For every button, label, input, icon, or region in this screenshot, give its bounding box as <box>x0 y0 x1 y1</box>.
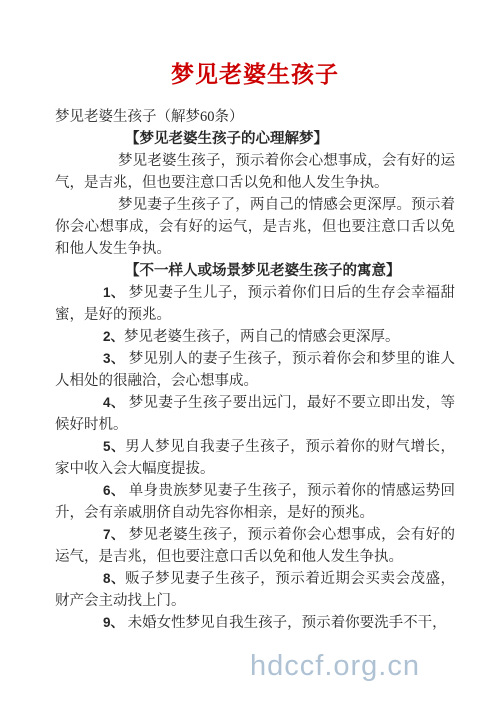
document-title: 梦见老婆生孩子 <box>55 60 455 90</box>
list-item-number: 8、 <box>103 571 125 586</box>
list-item-text: 梦见老婆生孩子，两自己的情感会更深厚。 <box>124 329 400 345</box>
list-item-text: 未婚女性梦见自我生孩子，预示着你要洗手不干， <box>124 615 447 631</box>
list-item-number: 7、 <box>103 527 125 542</box>
document-body: 梦见老婆生孩子（解梦60条） 【梦见老婆生孩子的心理解梦】 梦见老婆生孩子，预示… <box>55 106 455 634</box>
list-item: 4、 梦见妻子生孩子要出远门，最好不要立即出发，等候好时机。 <box>55 392 455 436</box>
section-psychology-header: 【梦见老婆生孩子的心理解梦】 <box>55 128 455 150</box>
list-item-number: 2、 <box>103 329 124 344</box>
list-item: 8、贩子梦见妻子生孩子，预示着近期会买卖会茂盛，财产会主动找上门。 <box>55 568 455 612</box>
site-watermark: hdccf.org.cn <box>250 650 420 683</box>
list-item-number: 4、 <box>103 395 125 410</box>
document-page: 梦见老婆生孩子 梦见老婆生孩子（解梦60条） 【梦见老婆生孩子的心理解梦】 梦见… <box>0 0 500 707</box>
list-item: 2、梦见老婆生孩子，两自己的情感会更深厚。 <box>55 326 455 348</box>
list-item: 9、 未婚女性梦见自我生孩子，预示着你要洗手不干， <box>55 612 455 634</box>
intro-line: 梦见老婆生孩子（解梦60条） <box>55 106 455 128</box>
list-item: 6、 单身贵族梦见妻子生孩子，预示着你的情感运势回升，会有亲戚朋侪自动先容你相亲… <box>55 480 455 524</box>
list-item-number: 6、 <box>103 483 125 498</box>
psychology-paragraph: 梦见妻子生孩子了，两自己的情感会更深厚。预示着你会心想事成，会有好的运气，是吉兆… <box>55 194 455 260</box>
list-item: 1、 梦见妻子生儿子，预示着你们日后的生存会幸福甜蜜，是好的预兆。 <box>55 282 455 326</box>
list-item-number: 1、 <box>103 285 125 300</box>
section-scenarios-header: 【不一样人或场景梦见老婆生孩子的寓意】 <box>55 260 455 282</box>
list-item-number: 5、 <box>103 439 125 454</box>
list-item: 3、 梦见别人的妻子生孩子，预示着你会和梦里的谁人人相处的很融洽，会心想事成。 <box>55 348 455 392</box>
list-item-number: 9、 <box>103 615 124 630</box>
psychology-paragraph: 梦见老婆生孩子，预示着你会心想事成，会有好的运气，是吉兆，但也要注意口舌以免和他… <box>55 150 455 194</box>
list-item: 7、 梦见老婆生孩子，预示着你会心想事成，会有好的运气，是吉兆，但也要注意口舌以… <box>55 524 455 568</box>
list-item-number: 3、 <box>103 351 125 366</box>
list-item: 5、男人梦见自我妻子生孩子，预示着你的财气增长，家中收入会大幅度提拔。 <box>55 436 455 480</box>
